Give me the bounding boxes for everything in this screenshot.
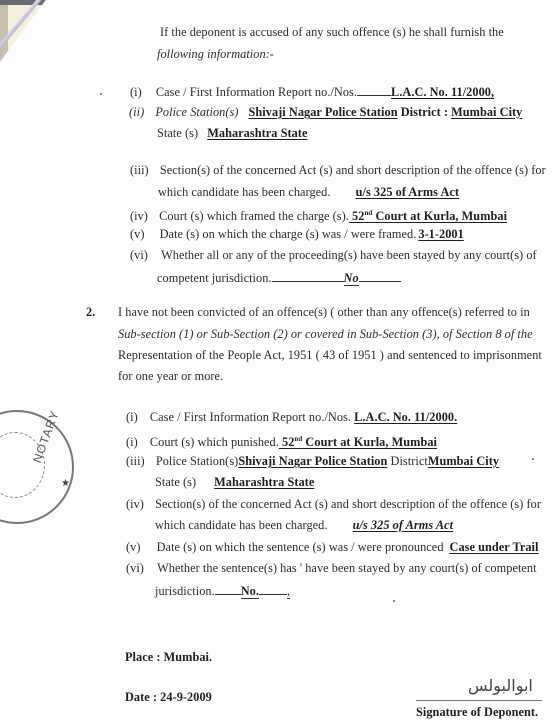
item-number: (iv)	[126, 497, 144, 511]
item-label: Whether the sentence(s) has ' have been …	[157, 561, 537, 575]
s2-para-line-1: I have not been convicted of an offence(…	[118, 305, 530, 319]
signature: ابوالبولس	[468, 676, 533, 695]
trailing-mark: ,	[287, 584, 290, 599]
case-number-value: L.A.C. No. 11/2000.	[354, 410, 457, 424]
signature-line	[416, 700, 542, 701]
court-name: Court at Kurla, Mumbai	[372, 209, 507, 223]
s1-item-3-cont: which candidate has been charged. u/s 32…	[158, 185, 459, 199]
s1-item-6-cont: competent jurisdiction.No	[157, 270, 401, 285]
item-label: Police Station(s)	[155, 105, 238, 119]
item-number: (iii)	[130, 163, 149, 177]
item-number: (iii)	[126, 454, 145, 468]
state-value: Maharashtra State	[196, 475, 314, 489]
case-number-value: L.A.C. No. 11/2000,	[391, 85, 494, 99]
court-number: 52	[282, 435, 294, 449]
s2-item-2: (i) Court (s) which punished. 52nd Court…	[126, 432, 437, 449]
charge-date-value: 3-1-2001	[418, 227, 463, 241]
speck	[393, 600, 395, 602]
signature-label: Signature of Deponent.	[416, 705, 538, 719]
document-page: If the deponent is accused of any such o…	[0, 0, 553, 724]
district-value: Mumbai City	[451, 105, 522, 119]
district-value: Mumbai City	[428, 454, 499, 468]
s2-state-line: State (s)Maharashtra State	[155, 475, 314, 489]
item-number: (i)	[126, 435, 138, 449]
item-number: (iv)	[130, 209, 148, 223]
act-section-value: u/s 325 of Arms Act	[356, 185, 459, 199]
s2-item-4: (iv) Section(s) of the concerned Act (s)…	[126, 497, 541, 511]
item-label: Police Station(s)	[156, 454, 238, 468]
s1-item-1: (i) Case / First Information Report no./…	[130, 84, 494, 99]
blank-line	[259, 583, 287, 595]
item-label-cont: which candidate has been charged.	[158, 185, 330, 199]
stayed-value: No	[344, 271, 359, 286]
stayed-value: No.	[241, 584, 259, 599]
court-name: Court at Kurla, Mumbai	[302, 435, 437, 449]
item-label: Case / First Information Report no./Nos.	[150, 410, 351, 424]
s2-item-6: (vi) Whether the sentence(s) has ' have …	[126, 561, 537, 575]
s2-item-5: (v) Date (s) on which the sentence (s) w…	[126, 540, 538, 554]
item-label: Date (s) on which the charge (s) was / w…	[160, 227, 417, 241]
s2-item-4-cont: which candidate has been charged. u/s 32…	[155, 518, 453, 532]
item-label: Case / First Information Report no./Nos.	[156, 85, 357, 99]
blank-line	[359, 270, 401, 282]
intro-line-1: If the deponent is accused of any such o…	[160, 25, 504, 39]
item-number: (vi)	[126, 561, 144, 575]
s1-item-2: (ii) Police Station(s)Shivaji Nagar Poli…	[129, 105, 522, 119]
state-label: State (s)	[155, 475, 196, 489]
blank-line	[272, 270, 344, 282]
s1-state-line: State (s) Maharashtra State	[157, 126, 307, 140]
blank-line	[215, 583, 241, 595]
item-label: Whether all or any of the proceeding(s) …	[161, 248, 537, 262]
item-number: (v)	[126, 540, 141, 554]
place-label: Place : Mumbai.	[125, 650, 212, 664]
s1-item-6: (vi) Whether all or any of the proceedin…	[130, 248, 537, 262]
item-number: (i)	[126, 410, 138, 424]
item-number: (ii)	[129, 105, 144, 119]
speck	[532, 458, 534, 460]
item-label-cont: competent jurisdiction.	[157, 271, 272, 285]
speck	[100, 93, 102, 95]
s1-item-5: (v) Date (s) on which the charge (s) was…	[130, 227, 464, 241]
state-label: State (s)	[157, 126, 198, 140]
section-number: 2.	[86, 305, 95, 320]
item-label: Date (s) on which the sentence (s) was /…	[157, 540, 444, 554]
star-icon: ★	[61, 478, 70, 489]
district-label: District :	[401, 105, 448, 119]
court-value: 52nd Court at Kurla, Mumbai	[349, 209, 507, 223]
s2-item-6-cont: jurisdiction.No.,	[155, 583, 290, 598]
intro-line-2: following information:-	[157, 47, 274, 61]
state-value: Maharashtra State	[201, 126, 307, 140]
item-label-cont: jurisdiction.	[155, 584, 215, 598]
s2-para-line-3: Representation of the People Act, 1951 (…	[118, 348, 542, 362]
district-label: District	[391, 454, 428, 468]
item-label: Court (s) which framed the charge (s).	[159, 209, 349, 223]
s2-item-1: (i) Case / First Information Report no./…	[126, 410, 457, 424]
item-number: (vi)	[130, 248, 148, 262]
date-label: Date : 24-9-2009	[125, 690, 212, 704]
s1-item-4: (iv) Court (s) which framed the charge (…	[130, 206, 507, 223]
act-section-value: u/s 325 of Arms Act	[353, 518, 453, 532]
item-label-cont: which candidate has been charged.	[155, 518, 327, 532]
item-label: Court (s) which punished.	[150, 435, 279, 449]
court-number: 52	[352, 209, 364, 223]
police-station-value: Shivaji Nagar Police Station	[239, 105, 398, 119]
sentence-date-value: Case under Trail	[444, 540, 539, 554]
s2-item-3: (iii) Police Station(s)Shivaji Nagar Pol…	[126, 454, 499, 468]
item-number: (i)	[130, 85, 142, 99]
item-number: (v)	[130, 227, 145, 241]
s2-para-line-2: Sub-section (1) or Sub-Section (2) or co…	[118, 327, 533, 341]
s1-item-3: (iii) Section(s) of the concerned Act (s…	[130, 163, 546, 177]
item-label: Section(s) of the concerned Act (s) and …	[155, 497, 541, 511]
blank-line	[357, 84, 391, 96]
police-station-value: Shivaji Nagar Police Station	[238, 454, 387, 468]
court-value: 52nd Court at Kurla, Mumbai	[279, 435, 437, 449]
s2-para-line-4: for one year or more.	[118, 369, 223, 383]
item-label: Section(s) of the concerned Act (s) and …	[160, 163, 546, 177]
